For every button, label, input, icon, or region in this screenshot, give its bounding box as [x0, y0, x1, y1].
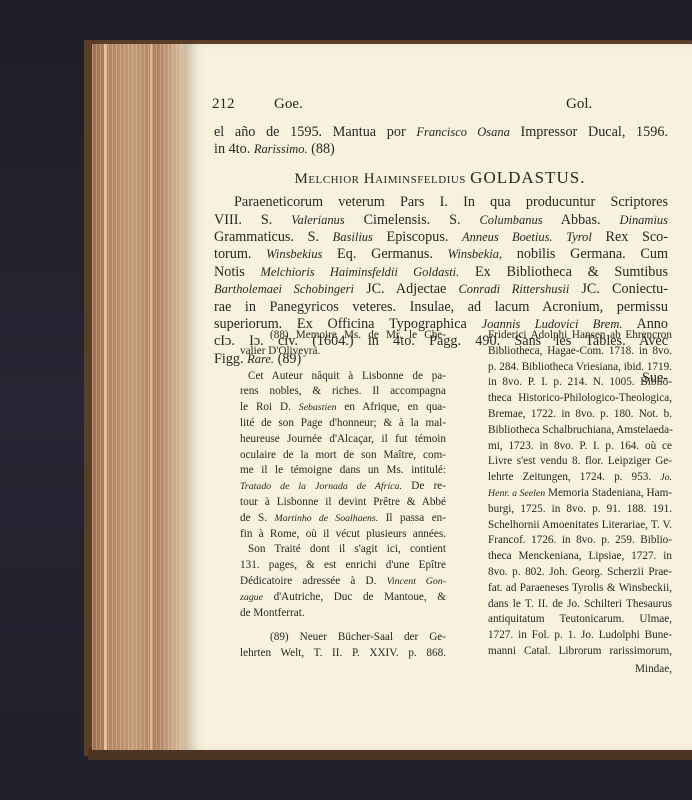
footnote-text-line: burgi, 1725. in 8vo. p. 91. 188. 191. [488, 502, 672, 518]
entry-continuation: el año de 1595. Mantua por Francisco Osa… [214, 124, 668, 159]
text-line: Bartholemaei Schobingeri JC. Adjectae Co… [214, 281, 668, 298]
footnote-column-left: (88) Memoire Ms. de Mr. le Che- valier D… [240, 328, 446, 662]
footnote-text-line: me il le témoigne dans un Ms. intitulé: [240, 463, 446, 479]
running-header: 212 Goe. Gol. [212, 96, 668, 116]
entry-title: Melchior Haiminsfeldius GOLDASTUS. [212, 169, 668, 188]
footnote-89-line: lehrten Welt, T. II. P. XXIV. p. 868. [240, 646, 446, 662]
text-line: Paraeneticorum veterum Pars I. In qua pr… [214, 194, 668, 211]
footnote-text-line: dans le T. II. de Jo. Schilteri Thesauru… [488, 597, 672, 613]
footnote-text-line: fat. ad Paraeneses Tyrolis & Winsbeckii, [488, 581, 672, 597]
footnote-text-line: rens nobles, & riches. Il accompagna [240, 384, 446, 400]
footnote-text-line: lehrte Zeitungen, 1724. p. 953. Jo. [488, 470, 672, 486]
footnote-text-line: in 8vo. P. I. p. 214. N. 1005. Biblio- [488, 375, 672, 391]
footnote-88-line: valier D'Oliveyra. [240, 344, 446, 360]
footnote-text-line: tour à Lisbonne il devint Prêtre & Abbé [240, 495, 446, 511]
catchword: Mindae, [488, 662, 672, 678]
footnote-text-line: theca Historico-Philologico-Theologica, [488, 391, 672, 407]
footnote-text-line: Cet Auteur nâquit à Lisbonne de pa- [240, 369, 446, 385]
footnote-text-line: Bibliotheca, Hagae-Com. 1718. in 8vo. [488, 344, 672, 360]
footnote-text-line: de S. Martinho de Soalhaens. Il passa en… [240, 511, 446, 527]
footnote-88-line: (88) Memoire Ms. de Mr. le Che- [240, 328, 446, 344]
footnote-text-line: heureuse Journée d'Alcaçar, il fut témoi… [240, 432, 446, 448]
footnote-text-line: Son Traité dont il s'agit ici, contient [240, 542, 446, 558]
text-line: in 4to. Rarissimo. (88) [214, 141, 668, 158]
footnote-text-line: 8vo. p. 802. Joh. Georg. Scherzii Prae- [488, 565, 672, 581]
footnote-text-line: le Roi D. Sebastien en Afrique, en qua- [240, 400, 446, 416]
footnote-text-line: Francof. 1726. in 8vo. p. 259. Biblio- [488, 533, 672, 549]
footnote-text-line: p. 284. Bibliotheca Vriesiana, ibid. 171… [488, 360, 672, 376]
header-right-word: Gol. [566, 96, 592, 113]
footnote-text-line: Friderici Adolphi Hansen ab Ehrencron [488, 328, 672, 344]
text-line: el año de 1595. Mantua por Francisco Osa… [214, 124, 668, 141]
footnote-text-line: Schelhornii Amoenitates Literariae, T. V… [488, 518, 672, 534]
footnote-text-line: zague d'Autriche, Duc de Mantoue, & [240, 590, 446, 606]
footnote-text-line: antiquitatum Teutonicarum. Ulmae, [488, 612, 672, 628]
footnote-text-line: theca Menckeniana, Lipsiae, 1727. in [488, 549, 672, 565]
footnote-89-line: (89) Neuer Bücher-Saal der Ge- [240, 630, 446, 646]
footnote-text-line: oculaire de la mort de son Maître, com- [240, 448, 446, 464]
entry-title-surname: GOLDASTUS. [470, 168, 585, 187]
footnote-text-line: 1727. in Fol. p. 1. Jo. Ludolphi Bune- [488, 628, 672, 644]
footnote-text-line: mi, 1723. in 8vo. P. I. p. 164. où ce [488, 439, 672, 455]
page-edges-fore-edge [92, 44, 184, 750]
footnote-text-line: Tratado de la Jornada de Africa. De re- [240, 479, 446, 495]
page-number: 212 [212, 96, 235, 113]
entry-title-names: Melchior Haiminsfeldius [295, 171, 466, 187]
footnote-text-line: de Montferrat. [240, 606, 446, 622]
text-line: Grammaticus. S. Basilius Episcopus. Anne… [214, 229, 668, 246]
footnote-text-line: manni Catal. Librorum rarissimorum, [488, 644, 672, 660]
footnote-text-line: Livre s'est vendu 8. flor. Leipziger Ge- [488, 454, 672, 470]
text-line: rae in Panegyricos veteres. Insulae, ad … [214, 299, 668, 316]
text-line: VIII. S. Valerianus Cimelensis. S. Colum… [214, 212, 668, 229]
header-left-word: Goe. [274, 96, 303, 113]
footnote-text-line: 131. pages, & est enrichi d'une Epître [240, 558, 446, 574]
footnote-text-line: lité de son Page d'honneur; & à la mal- [240, 416, 446, 432]
footnote-text-line: Bremae, 1722. in 8vo. p. 180. Not. b. [488, 407, 672, 423]
text-line: Notis Melchioris Haiminsfeldii Goldasti.… [214, 264, 668, 281]
footnote-text-line: Bibliotheca Schalbruchiana, Amstelaeda- [488, 423, 672, 439]
footnote-text-line: fin à Rome, où il vécut plusieurs années… [240, 527, 446, 543]
footnote-column-right: Friderici Adolphi Hansen ab Ehrencron Bi… [488, 328, 672, 678]
footnote-text-line: Henr. a Seelen Memoria Stadeniana, Ham- [488, 486, 672, 502]
text-line: torum. Winsbekius Eq. Germanus. Winsbeki… [214, 246, 668, 263]
footnote-text-line: Dédicatoire adressée à D. Vincent Gon- [240, 574, 446, 590]
